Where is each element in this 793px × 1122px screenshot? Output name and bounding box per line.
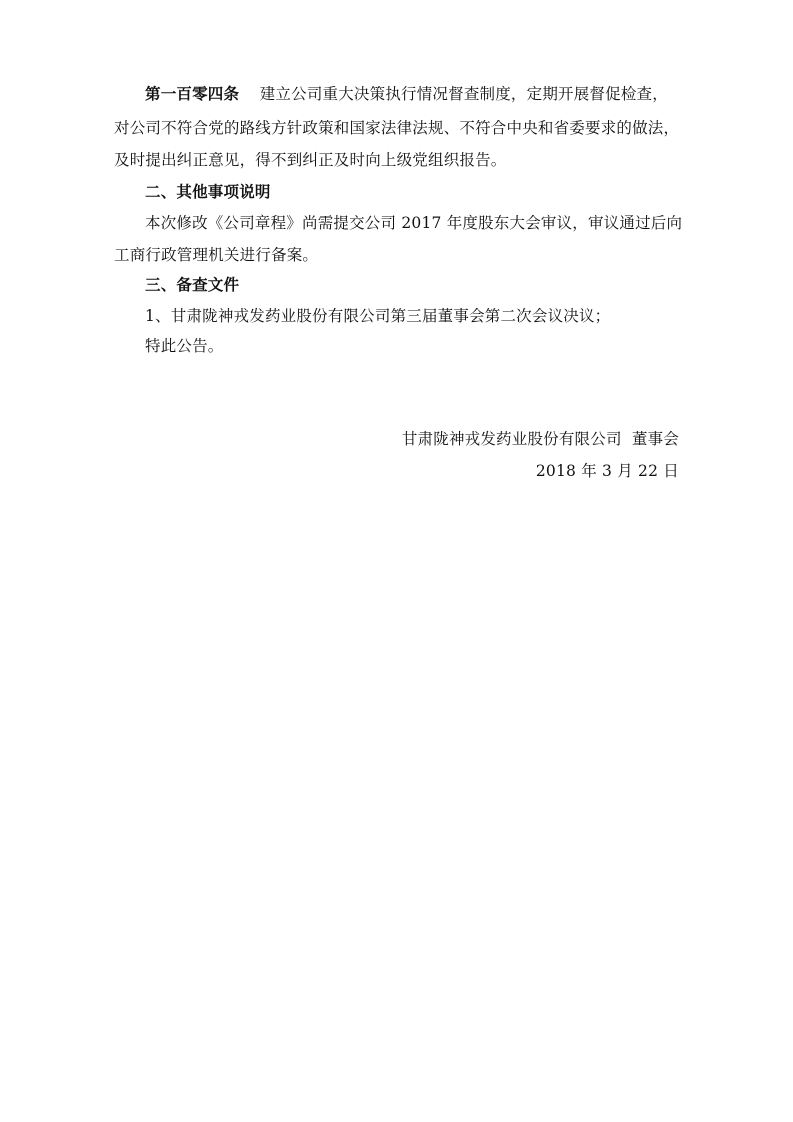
- section-2-heading: 二、其他事项说明: [145, 180, 271, 202]
- signature-date: 2018 年 3 月 22 日: [536, 459, 679, 481]
- section-3-item-1: 1、甘肃陇神戎发药业股份有限公司第三届董事会第二次会议决议；: [145, 304, 610, 326]
- article-line-1: 第一百零四条 建立公司重大决策执行情况督查制度，定期开展督促检查，: [145, 82, 668, 104]
- signature-company: 甘肃陇神戎发药业股份有限公司 董事会: [402, 427, 679, 449]
- section-2-line-2: 工商行政管理机关进行备案。: [114, 243, 318, 265]
- article-text: 建立公司重大决策执行情况督查制度，定期开展督促检查，: [260, 85, 668, 103]
- article-line-2: 对公司不符合党的路线方针政策和国家法律法规、不符合中央和省委要求的做法，: [114, 116, 679, 138]
- article-line-3: 及时提出纠正意见，得不到纠正及时向上级党组织报告。: [114, 148, 507, 170]
- section-3-heading: 三、备查文件: [145, 273, 239, 295]
- document-page: 第一百零四条 建立公司重大决策执行情况督查制度，定期开展督促检查， 对公司不符合…: [0, 0, 793, 1122]
- article-title: 第一百零四条: [145, 85, 239, 103]
- section-2-line-1: 本次修改《公司章程》尚需提交公司 2017 年度股东大会审议，审议通过后向: [145, 211, 682, 233]
- closing-text: 特此公告。: [145, 334, 224, 356]
